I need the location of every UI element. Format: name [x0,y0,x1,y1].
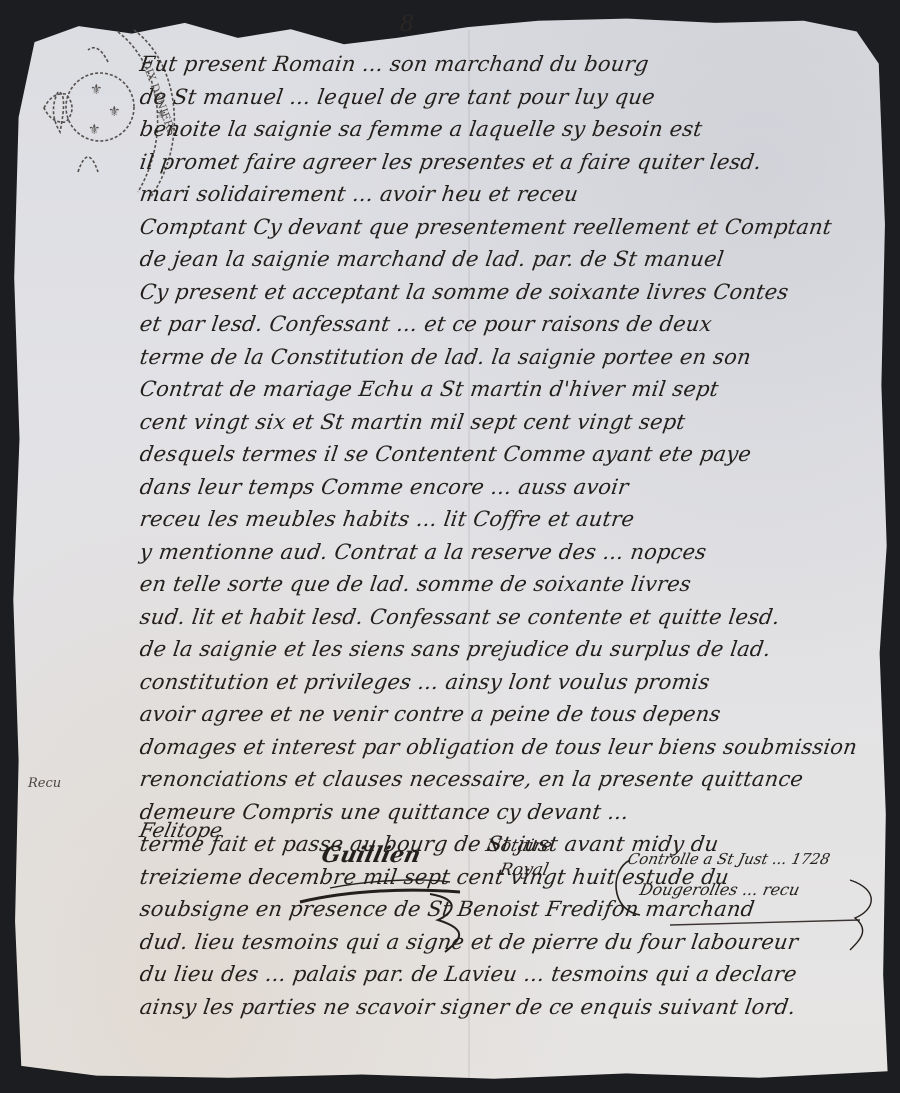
svg-text:⚜: ⚜ [88,122,101,138]
text-line: mari solidairement ... avoir heu et rece… [138,178,900,211]
text-line: en telle sorte que de lad. somme de soix… [138,568,900,601]
signature-left: Felitope [137,818,224,842]
text-line: benoite la saignie sa femme a laquelle s… [138,113,900,146]
text-line: avoir agree et ne venir contre a peine d… [138,698,900,731]
text-line: y mentionne aud. Contrat a la reserve de… [138,536,900,569]
text-line: renonciations et clauses necessaire, en … [138,763,900,796]
notary-title-line1: Notaire [484,836,554,856]
text-line: cent vingt six et St martin mil sept cen… [138,406,900,439]
text-line: Cy present et acceptant la somme de soix… [138,276,900,309]
text-line: de St manuel ... lequel de gre tant pour… [138,81,900,114]
notary-title-line2: Royal [498,860,550,880]
text-line: et par lesd. Confessant ... et ce pour r… [138,308,900,341]
controller-flourish-icon [610,840,890,960]
text-line: demeure Compris une quittance cy devant … [138,796,900,829]
text-line: receu les meubles habits ... lit Coffre … [138,503,900,536]
margin-note: Recu [28,776,61,791]
text-line: sud. lit et habit lesd. Confessant se co… [138,601,900,634]
text-line: dans leur temps Comme encore ... auss av… [138,471,900,504]
svg-text:⚜: ⚜ [108,104,121,120]
text-line: Comptant Cy devant que presentement reel… [138,211,900,244]
text-line: il promet faire agreer les presentes et … [138,146,900,179]
text-line: constitution et privileges ... ainsy lon… [138,666,900,699]
page-number: 8 [400,12,414,37]
text-line: domages et interest par obligation de to… [138,731,900,764]
svg-text:⚜: ⚜ [90,82,103,98]
text-line: du lieu des ... palais par. de Lavieu ..… [138,958,900,991]
text-line: Contrat de mariage Echu a St martin d'hi… [138,373,900,406]
signature-flourish-icon [290,860,490,960]
text-line: Fut present Romain ... son marchand du b… [138,48,900,81]
text-line: ainsy les parties ne scavoir signer de c… [138,991,900,1024]
text-line: desquels termes il se Contentent Comme a… [138,438,900,471]
text-line: de jean la saignie marchand de lad. par.… [138,243,900,276]
text-line: de la saignie et les siens sans prejudic… [138,633,900,666]
text-line: terme de la Constitution de lad. la saig… [138,341,900,374]
